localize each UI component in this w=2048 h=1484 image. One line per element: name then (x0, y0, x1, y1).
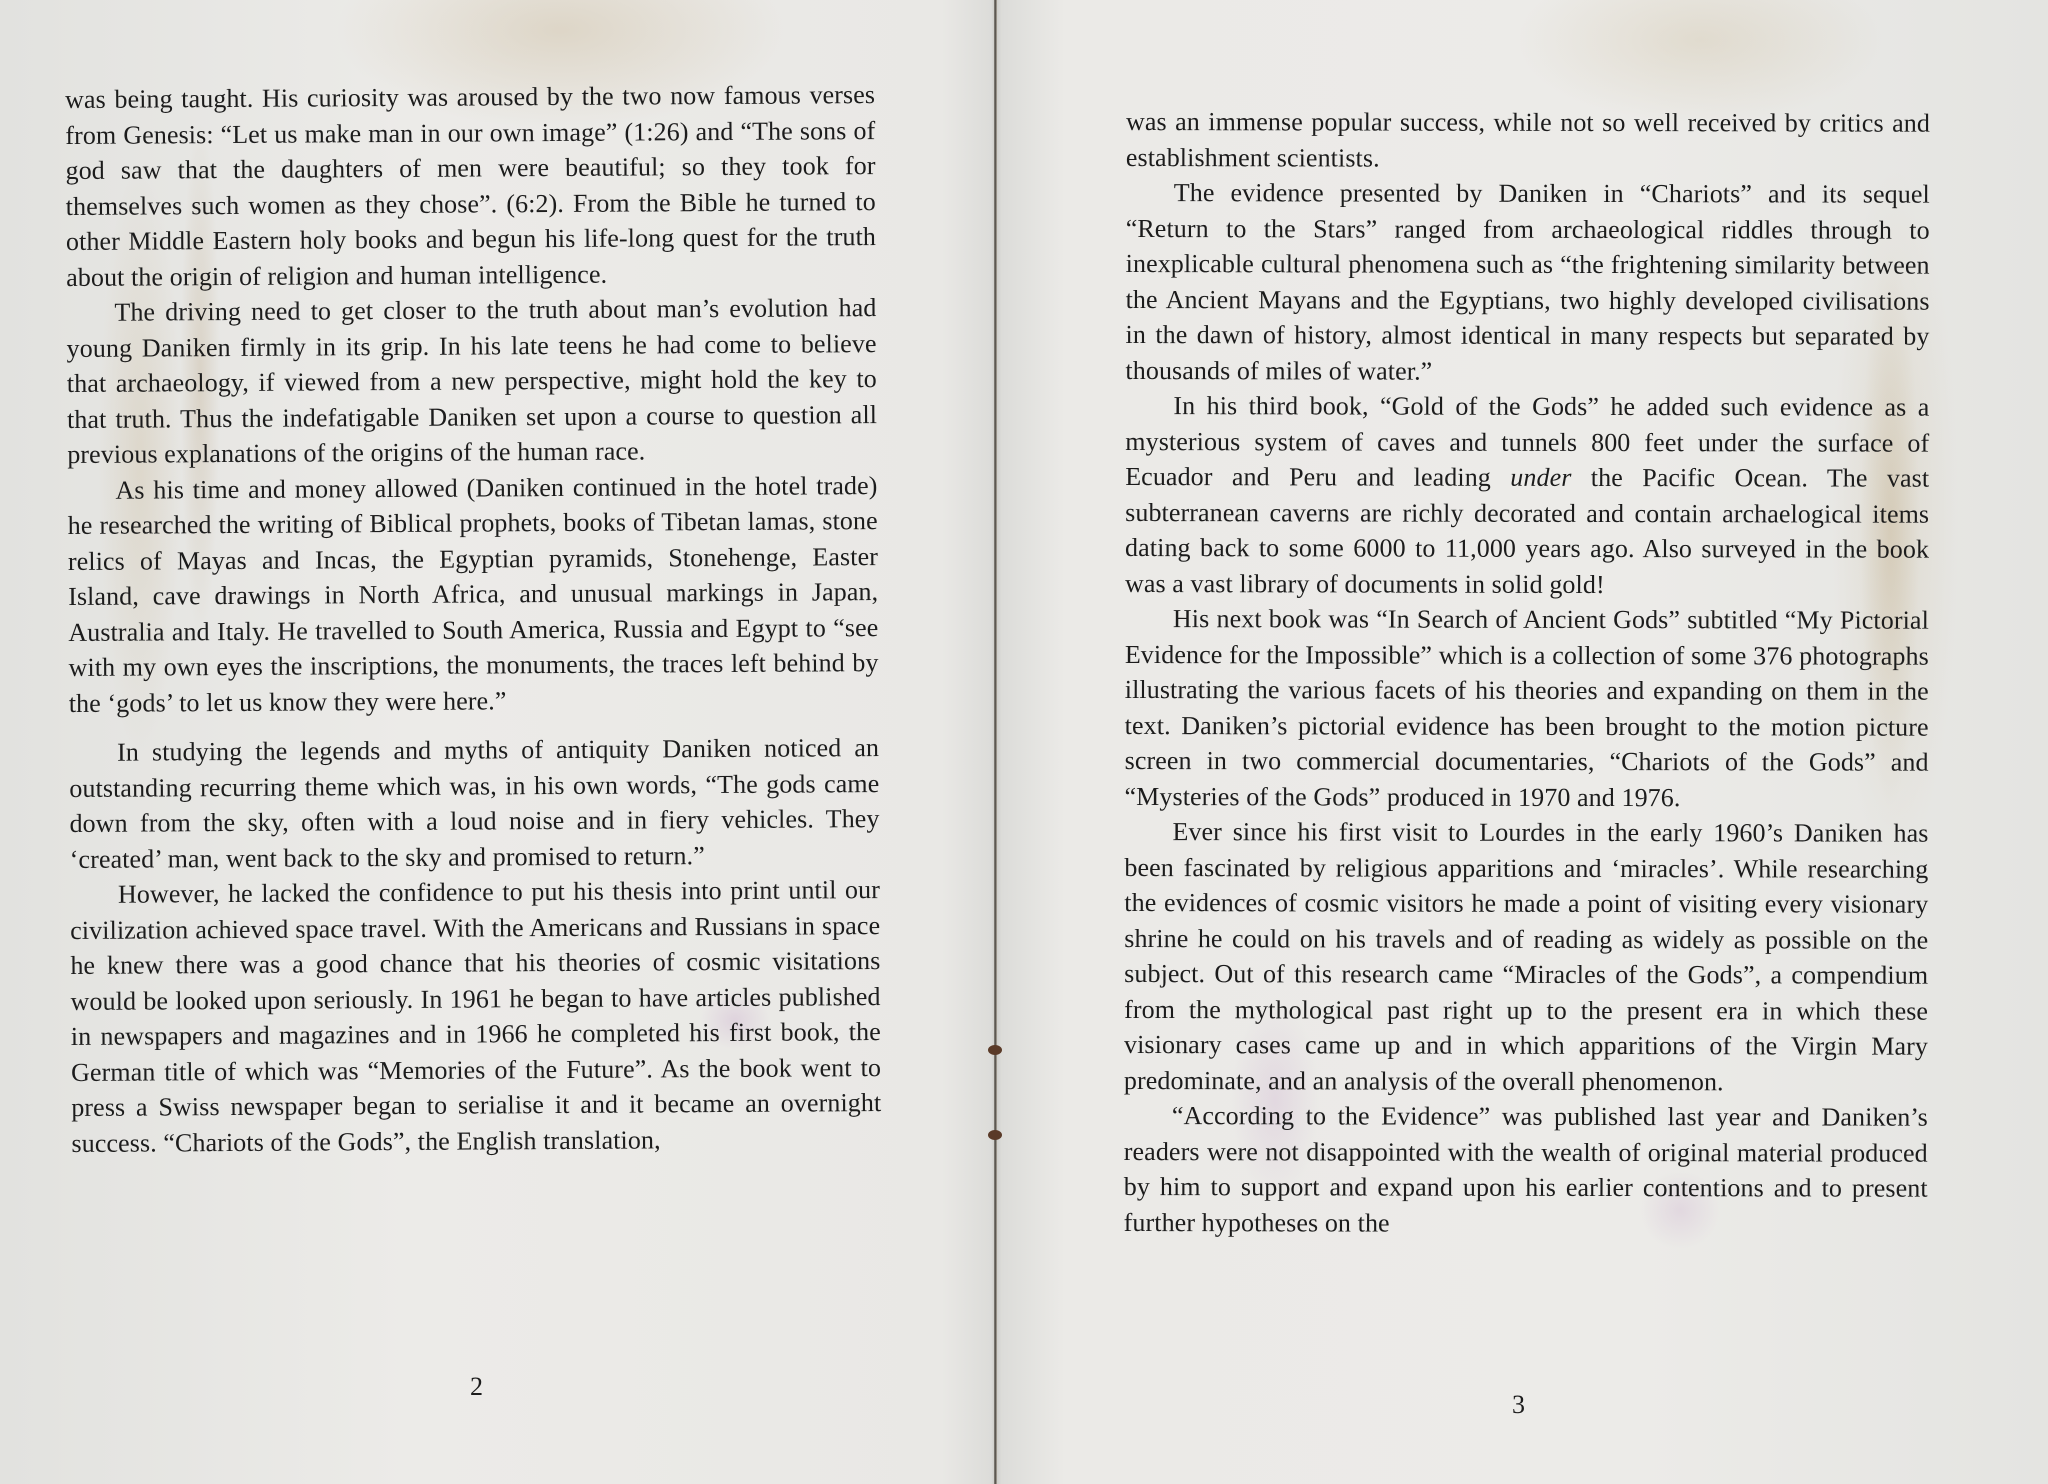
right-page: was an immense popular success, while no… (0, 0, 2048, 1484)
paragraph: His next book was “In Search of Ancient … (1125, 601, 1929, 816)
paragraph: Ever since his first visit to Lourdes in… (1124, 814, 1929, 1100)
paragraph: “According to the Evidence” was publishe… (1124, 1098, 1928, 1242)
paragraph: was an immense popular success, while no… (1126, 104, 1930, 177)
right-page-body: was an immense popular success, while no… (1124, 104, 1930, 1242)
paragraph: The evidence presented by Daniken in “Ch… (1125, 175, 1929, 390)
paragraph: In his third book, “Gold of the Gods” he… (1125, 388, 1929, 603)
page-number: 3 (1512, 1390, 1525, 1420)
booklet-spread: was being taught. His curiosity was arou… (0, 0, 2048, 1484)
emphasis-text: under (1510, 463, 1571, 492)
